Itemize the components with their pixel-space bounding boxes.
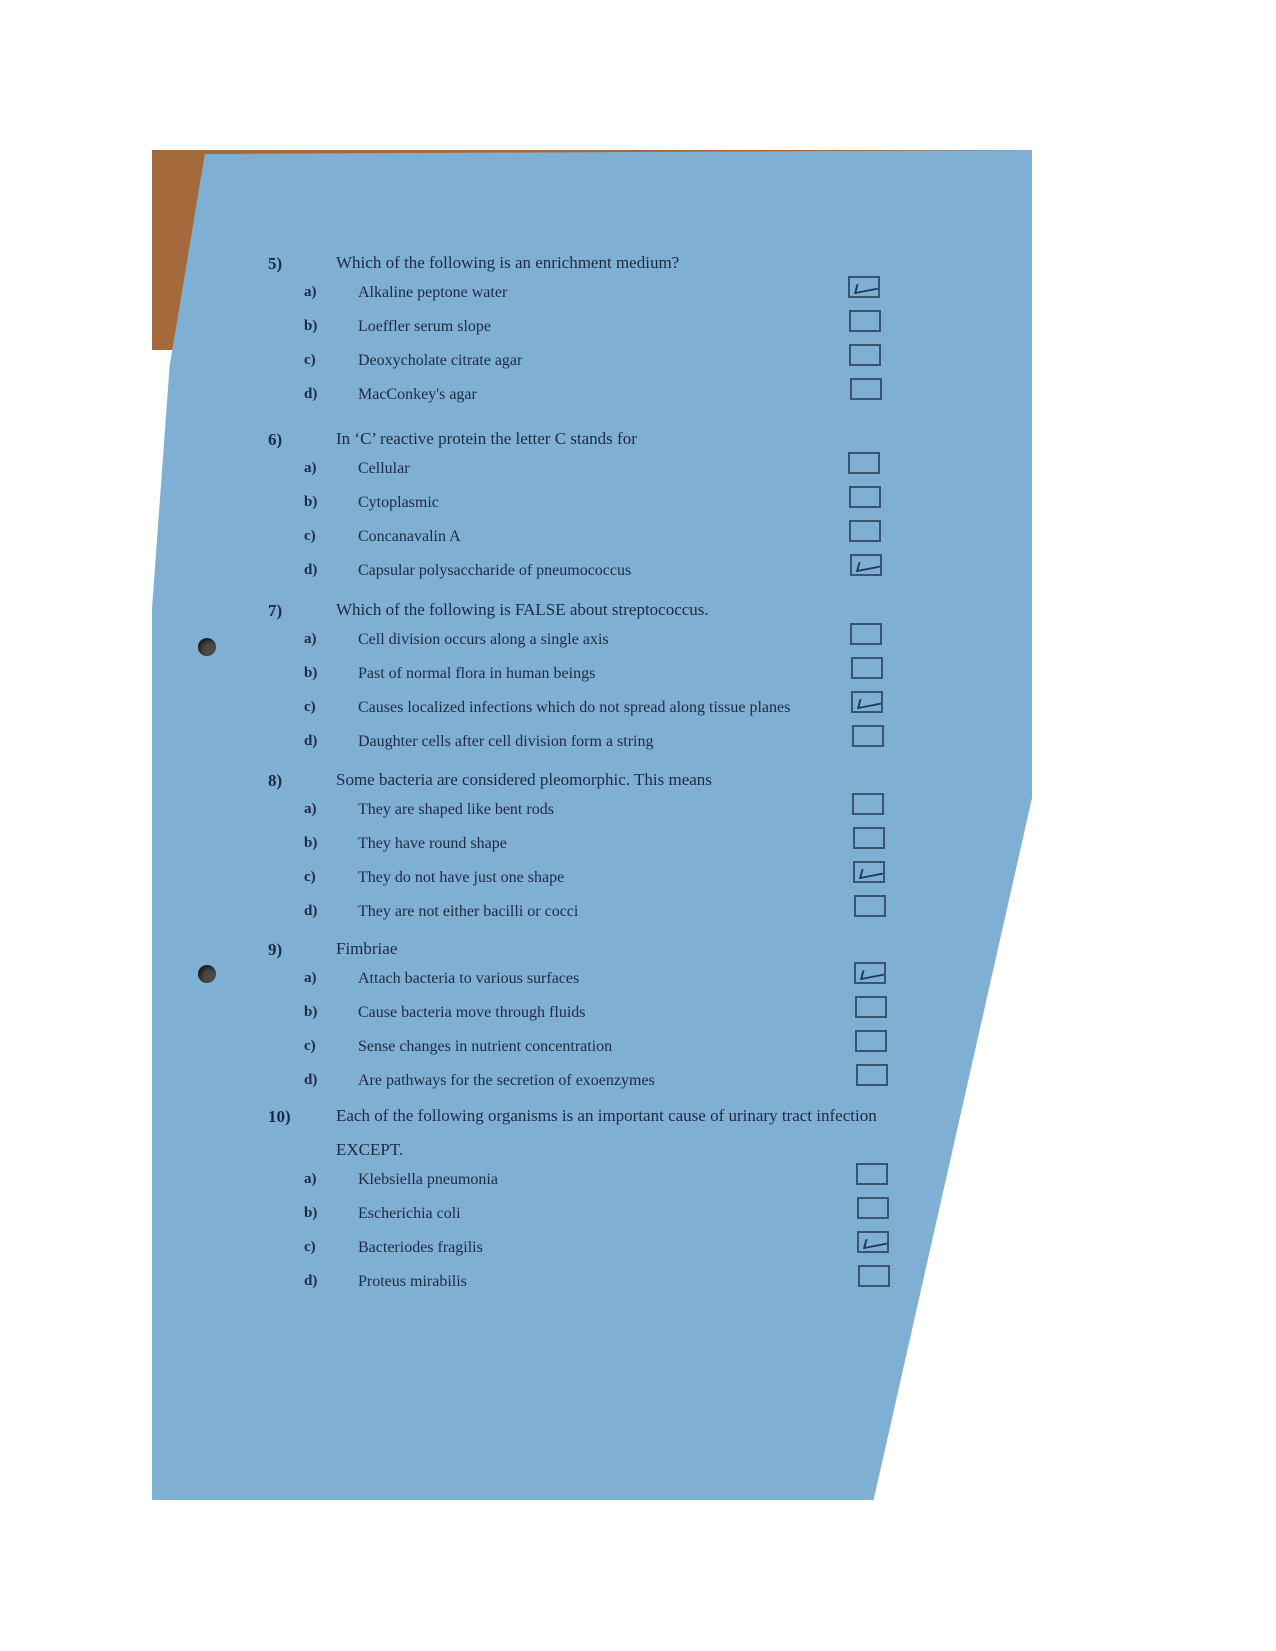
answer-option: b)Past of normal flora in human beings: [268, 665, 908, 691]
answer-option: b)Cytoplasmic: [268, 494, 908, 520]
answer-option: c)Deoxycholate citrate agar: [268, 352, 908, 378]
question-text: Which of the following is an enrichment …: [336, 246, 916, 280]
answer-option: a)Cellular: [268, 460, 908, 486]
option-letter: c): [304, 699, 316, 716]
question-text: Which of the following is FALSE about st…: [336, 593, 916, 627]
answer-option: c)Concanavalin A: [268, 528, 908, 554]
question-text: Some bacteria are considered pleomorphic…: [336, 763, 916, 797]
option-text: Concanavalin A: [358, 528, 461, 546]
answer-option: c)They do not have just one shape: [268, 869, 908, 895]
option-text: Cell division occurs along a single axis: [358, 631, 609, 649]
option-text: Daughter cells after cell division form …: [358, 733, 653, 751]
answer-option: c)Causes localized infections which do n…: [268, 699, 908, 725]
option-text: Proteus mirabilis: [358, 1273, 467, 1291]
option-letter: b): [304, 835, 317, 852]
answer-option: a)Cell division occurs along a single ax…: [268, 631, 908, 657]
option-text: Escherichia coli: [358, 1205, 461, 1223]
option-letter: d): [304, 1072, 317, 1089]
option-letter: b): [304, 494, 317, 511]
option-letter: b): [304, 1205, 317, 1222]
option-letter: a): [304, 1171, 317, 1188]
option-text: Loeffler serum slope: [358, 318, 491, 336]
option-letter: d): [304, 903, 317, 920]
option-letter: c): [304, 352, 316, 369]
answer-option: c)Bacteriodes fragilis: [268, 1239, 908, 1265]
answer-option: d)Proteus mirabilis: [268, 1273, 908, 1299]
question-number: 9): [268, 940, 282, 960]
option-text: They are shaped like bent rods: [358, 801, 554, 819]
answer-option: d)Capsular polysaccharide of pneumococcu…: [268, 562, 908, 588]
option-letter: c): [304, 869, 316, 886]
option-text: They are not either bacilli or cocci: [358, 903, 578, 921]
answer-option: d)MacConkey's agar: [268, 386, 908, 412]
answer-option: b)Escherichia coli: [268, 1205, 908, 1231]
option-letter: d): [304, 386, 317, 403]
question-text: Fimbriae: [336, 932, 916, 966]
option-text: Cause bacteria move through fluids: [358, 1004, 586, 1022]
option-text: Deoxycholate citrate agar: [358, 352, 522, 370]
option-text: Sense changes in nutrient concentration: [358, 1038, 612, 1056]
question-number: 5): [268, 254, 282, 274]
option-letter: a): [304, 970, 317, 987]
answer-option: a)Alkaline peptone water: [268, 284, 908, 310]
option-text: Cellular: [358, 460, 410, 478]
option-letter: d): [304, 562, 317, 579]
option-letter: a): [304, 460, 317, 477]
option-letter: a): [304, 284, 317, 301]
option-letter: a): [304, 801, 317, 818]
option-letter: c): [304, 1038, 316, 1055]
answer-option: a)They are shaped like bent rods: [268, 801, 908, 827]
question-text: Each of the following organisms is an im…: [336, 1099, 916, 1167]
option-text: Capsular polysaccharide of pneumococcus: [358, 562, 631, 580]
question-number: 8): [268, 771, 282, 791]
option-letter: d): [304, 733, 317, 750]
question-text: In ‘C’ reactive protein the letter C sta…: [336, 422, 916, 456]
option-text: Past of normal flora in human beings: [358, 665, 595, 683]
answer-option: b)Loeffler serum slope: [268, 318, 908, 344]
answer-option: b)Cause bacteria move through fluids: [268, 1004, 908, 1030]
option-text: Bacteriodes fragilis: [358, 1239, 483, 1257]
answer-option: a)Klebsiella pneumonia: [268, 1171, 908, 1197]
option-letter: c): [304, 528, 316, 545]
exam-content: 5)Which of the following is an enrichmen…: [0, 0, 1276, 1651]
answer-option: a)Attach bacteria to various surfaces: [268, 970, 908, 996]
option-letter: b): [304, 665, 317, 682]
question-number: 6): [268, 430, 282, 450]
question-number: 10): [268, 1107, 291, 1127]
option-text: Causes localized infections which do not…: [358, 699, 790, 717]
option-text: MacConkey's agar: [358, 386, 477, 404]
option-text: Cytoplasmic: [358, 494, 439, 512]
option-letter: d): [304, 1273, 317, 1290]
answer-option: d)They are not either bacilli or cocci: [268, 903, 908, 929]
option-text: They do not have just one shape: [358, 869, 564, 887]
answer-option: d)Daughter cells after cell division for…: [268, 733, 908, 759]
option-letter: a): [304, 631, 317, 648]
answer-option: c)Sense changes in nutrient concentratio…: [268, 1038, 908, 1064]
option-text: They have round shape: [358, 835, 507, 853]
answer-option: d)Are pathways for the secretion of exoe…: [268, 1072, 908, 1098]
option-letter: b): [304, 1004, 317, 1021]
answer-option: b)They have round shape: [268, 835, 908, 861]
option-text: Are pathways for the secretion of exoenz…: [358, 1072, 655, 1090]
option-text: Klebsiella pneumonia: [358, 1171, 498, 1189]
option-letter: c): [304, 1239, 316, 1256]
option-text: Attach bacteria to various surfaces: [358, 970, 579, 988]
option-letter: b): [304, 318, 317, 335]
option-text: Alkaline peptone water: [358, 284, 507, 302]
question-number: 7): [268, 601, 282, 621]
